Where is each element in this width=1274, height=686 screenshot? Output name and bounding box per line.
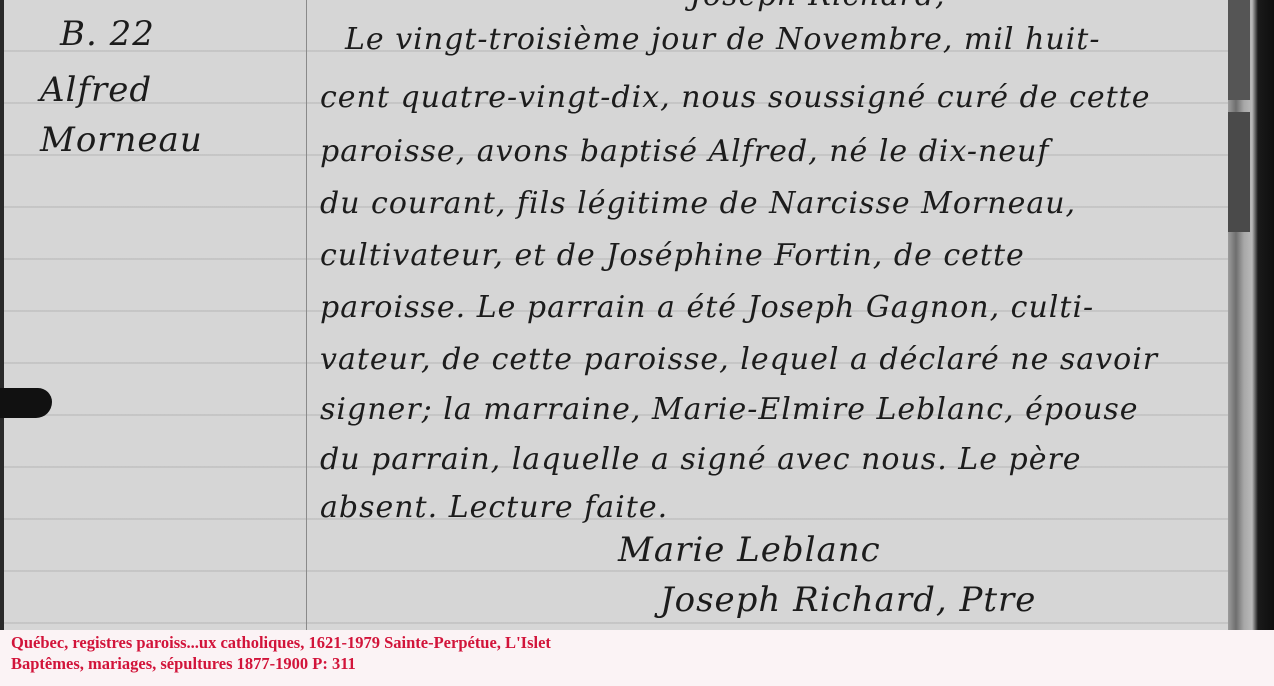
- caption-volume-page: Baptêmes, mariages, sépultures 1877-1900…: [11, 654, 356, 674]
- margin-surname: Morneau: [40, 120, 203, 160]
- body-line-2: cent quatre-vingt-dix, nous soussigné cu…: [320, 80, 1151, 115]
- body-line-9: du parrain, laquelle a signé avec nous. …: [320, 442, 1082, 477]
- body-line-3: paroisse, avons baptisé Alfred, né le di…: [320, 134, 1050, 169]
- signature-priest: Joseph Richard, Ptre: [660, 580, 1036, 620]
- scanned-page-image: Joseph Richard, B. 22 Alfred Morneau Le …: [0, 0, 1274, 630]
- body-line-8: signer; la marraine, Marie-Elmire Leblan…: [320, 392, 1139, 427]
- body-line-7: vateur, de cette paroisse, lequel a décl…: [320, 342, 1158, 377]
- signature-marraine: Marie Leblanc: [618, 530, 881, 570]
- page-tab-shadow: [0, 388, 52, 418]
- body-line-10: absent. Lecture faite.: [320, 490, 668, 525]
- binding-strip-middle: [1228, 112, 1250, 232]
- margin-given-name: Alfred: [40, 70, 152, 110]
- body-line-4: du courant, fils légitime de Narcisse Mo…: [320, 186, 1076, 221]
- margin-entry-number: B. 22: [60, 14, 155, 54]
- page-left-edge: [0, 0, 4, 630]
- caption-collection: Québec, registres paroiss...ux catholiqu…: [11, 633, 551, 653]
- caption-bar: Québec, registres paroiss...ux catholiqu…: [0, 630, 1274, 686]
- top-cut-text: Joseph Richard,: [690, 0, 946, 13]
- margin-rule: [306, 0, 307, 630]
- body-line-5: cultivateur, et de Joséphine Fortin, de …: [320, 238, 1025, 273]
- body-line-6: paroisse. Le parrain a été Joseph Gagnon…: [320, 290, 1094, 325]
- binding-strip-top: [1228, 0, 1250, 100]
- body-line-1: Le vingt-troisième jour de Novembre, mil…: [345, 22, 1101, 57]
